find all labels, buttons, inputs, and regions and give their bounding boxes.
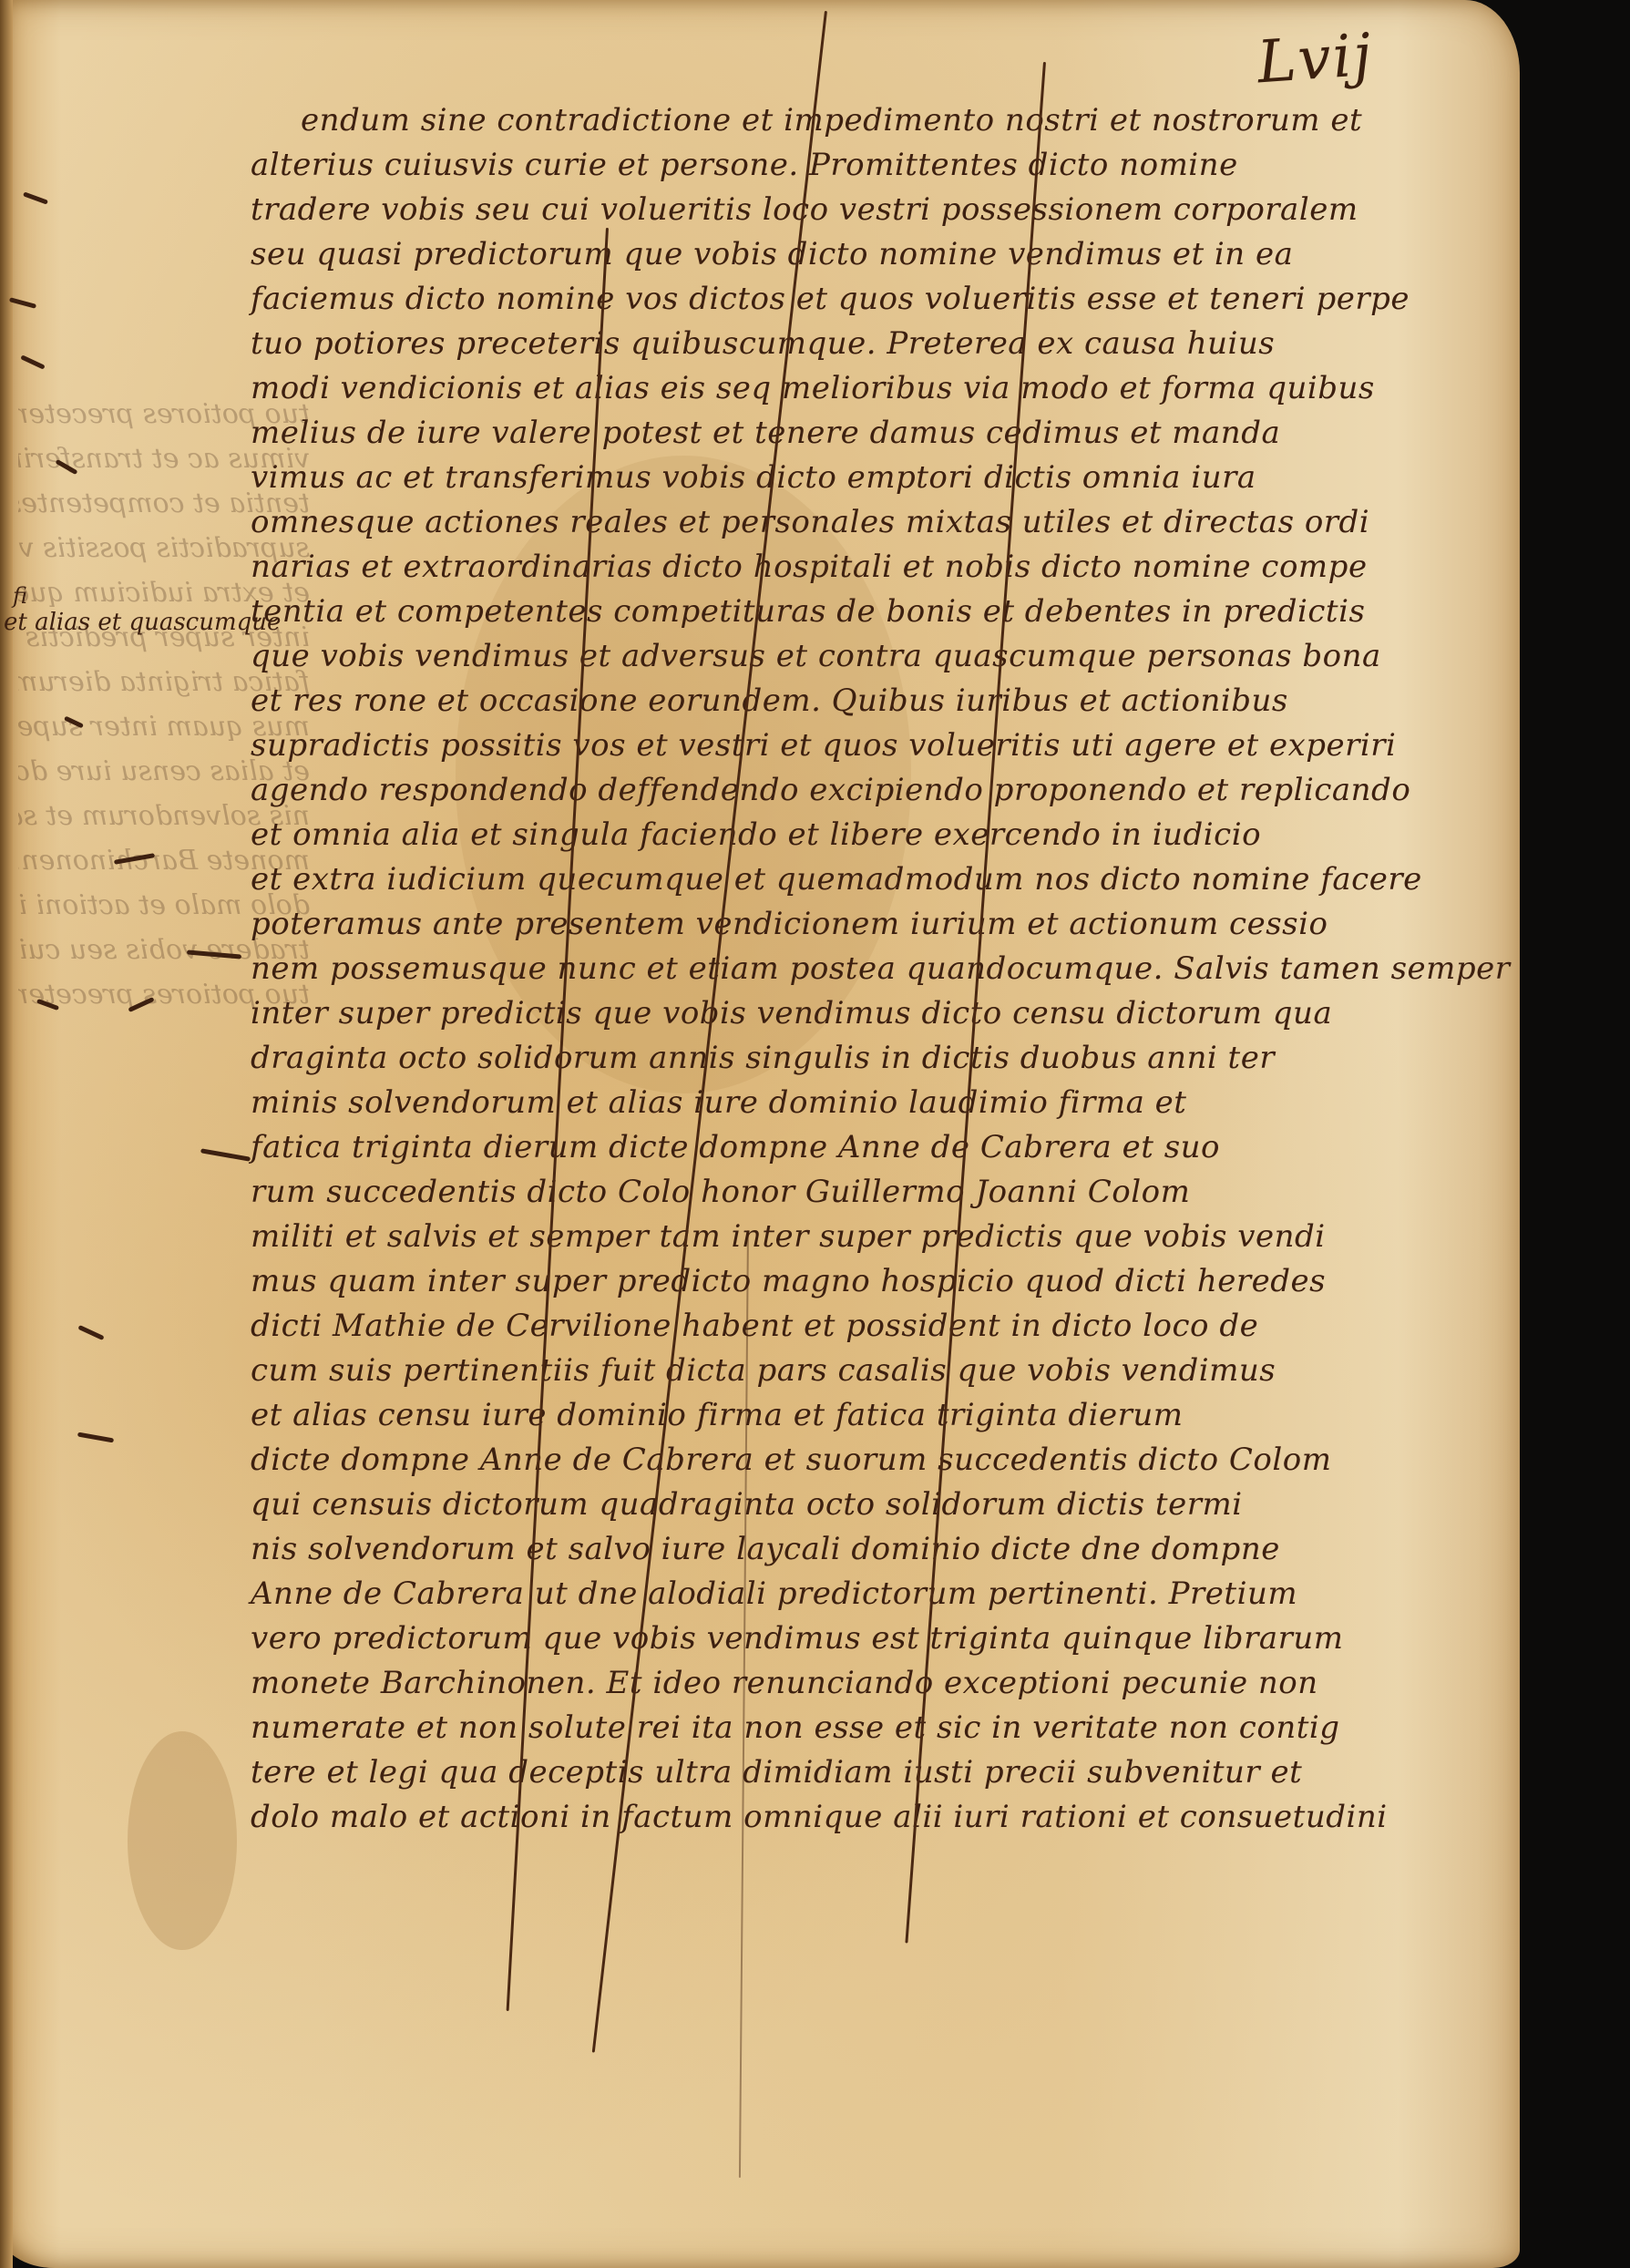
manuscript-line: faciemus dicto nomine vos dictos et quos… [251,277,1435,322]
marginal-annotation: fi et alias et quascumque [4,583,281,636]
manuscript-line: narias et extraordinarias dicto hospital… [251,545,1435,590]
manuscript-line: que vobis vendimus et adversus et contra… [251,634,1435,679]
manuscript-page: Lvij tuo potiores preceteris quibuscumqu… [0,0,1520,2268]
manuscript-line: melius de iure valere potest et tenere d… [251,411,1435,456]
manuscript-line: monete Barchinonen. Et ideo renunciando … [251,1661,1435,1706]
manuscript-line: et extra iudicium quecumque et quemadmod… [251,857,1435,902]
manuscript-line: tentia et competentes competituras de bo… [251,590,1435,634]
manuscript-line: mus quam inter super predicto magno hosp… [251,1259,1435,1304]
manuscript-line: et alias censu iure dominio firma et fat… [251,1393,1435,1438]
manuscript-line: militi et salvis et semper tam inter sup… [251,1215,1435,1259]
manuscript-line: modi vendicionis et alias eis seq melior… [251,366,1435,411]
folio-number: Lvij [1256,22,1376,97]
manuscript-line: cum suis pertinentiis fuit dicta pars ca… [251,1349,1435,1393]
manuscript-line: rum succedentis dicto Colo honor Guiller… [251,1170,1435,1215]
manuscript-line: qui censuis dictorum quadraginta octo so… [251,1483,1435,1527]
manuscript-line: nis solvendorum et salvo iure laycali do… [251,1527,1435,1572]
manuscript-line: tere et legi qua deceptis ultra dimidiam… [251,1750,1435,1795]
manuscript-line: inter super predictis que vobis vendimus… [251,991,1435,1036]
marginal-text: et alias et quascumque [4,609,281,636]
margin-dash-mark [9,297,36,309]
manuscript-line: Anne de Cabrera ut dne alodiali predicto… [251,1572,1435,1616]
manuscript-line: dicte dompne Anne de Cabrera et suorum s… [251,1438,1435,1483]
manuscript-line: tradere vobis seu cui volueritis loco ve… [251,188,1435,232]
manuscript-line: tuo potiores preceteris quibuscumque. Pr… [251,322,1435,366]
manuscript-line: minis solvendorum et alias iure dominio … [251,1081,1435,1125]
manuscript-line: et omnia alia et singula faciendo et lib… [251,813,1435,857]
marginal-superscript: fi [13,583,281,609]
manuscript-line: dicti Mathie de Cervilione habent et pos… [251,1304,1435,1349]
margin-dash-mark [77,1325,104,1340]
manuscript-line: draginta octo solidorum annis singulis i… [251,1036,1435,1081]
manuscript-line: endum sine contradictione et impedimento… [301,98,1435,143]
manuscript-line: numerate et non solute rei ita non esse … [251,1706,1435,1750]
margin-dash-mark [200,1148,251,1161]
margin-dash-mark [23,191,48,204]
manuscript-line: agendo respondendo deffendendo excipiend… [251,768,1435,813]
water-stain [128,1731,237,1950]
main-text-block: endum sine contradictione et impedimento… [251,98,1435,1840]
margin-dash-mark [77,1432,114,1443]
manuscript-line: fatica triginta dierum dicte dompne Anne… [251,1125,1435,1170]
manuscript-line: seu quasi predictorum que vobis dicto no… [251,232,1435,277]
manuscript-line: dolo malo et actioni in factum omnique a… [251,1795,1435,1840]
manuscript-line: vero predictorum que vobis vendimus est … [251,1616,1435,1661]
manuscript-line: supradictis possitis vos et vestri et qu… [251,724,1435,768]
manuscript-line: alterius cuiusvis curie et persone. Prom… [251,143,1435,188]
margin-dash-mark [20,354,45,369]
manuscript-line: vimus ac et transferimus vobis dicto emp… [251,456,1435,500]
binding-gutter [0,0,13,2268]
manuscript-line: poteramus ante presentem vendicionem iur… [251,902,1435,947]
manuscript-line: nem possemusque nunc et etiam postea qua… [251,947,1435,991]
manuscript-line: omnesque actiones reales et personales m… [251,500,1435,545]
manuscript-line: et res rone et occasione eorundem. Quibu… [251,679,1435,724]
